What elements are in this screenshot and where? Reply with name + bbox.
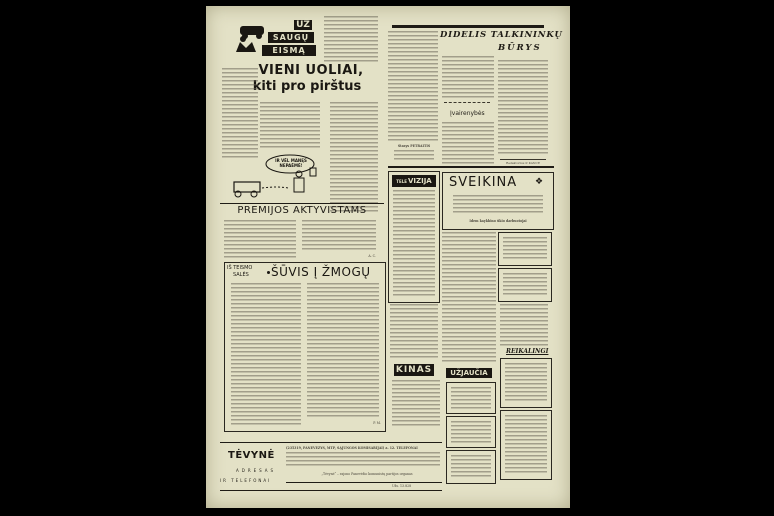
divider bbox=[220, 203, 384, 204]
court-kicker-2: SALĖS bbox=[233, 272, 249, 278]
cinema-logo: KINAS bbox=[394, 364, 434, 376]
middle-column-text bbox=[388, 31, 438, 143]
footer-rule-2 bbox=[286, 482, 442, 483]
masthead-name: TĖVYNĖ bbox=[228, 450, 275, 461]
misc-sig-notes bbox=[394, 150, 434, 160]
dashed-divider bbox=[444, 102, 490, 103]
premiums-text-b bbox=[302, 220, 376, 252]
helpers-title-1: DIDELIS TALKININKŲ bbox=[440, 30, 563, 40]
misc-title: Įvairenybės bbox=[450, 110, 485, 117]
tv-logo: TELE VIZIJA bbox=[392, 175, 436, 187]
misc-text bbox=[442, 122, 494, 164]
footer-order: Užs. 13.828 bbox=[392, 484, 432, 488]
editor-rule bbox=[500, 159, 546, 160]
court-kicker-1: IŠ TEISMO bbox=[227, 265, 252, 271]
cartoon-illustration: IR VĖL MANĘS NEPAĖMĖ! bbox=[228, 154, 320, 200]
greeting-box: SVEIKINA ❖ Idem kaykhino ūkio darbuotoja… bbox=[442, 172, 554, 230]
court-text-a bbox=[231, 283, 301, 425]
masthead-sub-2: IR TELEFONAI bbox=[220, 478, 271, 483]
court-title: ŠŪVIS Į ŽMOGŲ bbox=[271, 265, 371, 279]
footer-details bbox=[286, 452, 440, 466]
helpers-text-a bbox=[442, 56, 494, 98]
greeting-line: Idem kaykhino ūkio darbuotojai bbox=[451, 219, 545, 223]
footer-address: (235319, PANEVĖŽYS, MTP, SĄJUNGOS KOMISA… bbox=[286, 446, 440, 450]
ad-box-1 bbox=[500, 358, 552, 408]
condolence-box-1 bbox=[446, 382, 496, 414]
tv-listings-text bbox=[442, 232, 496, 362]
traffic-title-line-1: VIENI UOLIAI, bbox=[256, 63, 366, 78]
bullet-icon bbox=[267, 271, 270, 274]
traffic-article-text-d bbox=[330, 102, 378, 214]
ads-title: REIKALINGI bbox=[506, 348, 548, 355]
top-rule bbox=[392, 25, 544, 28]
traffic-article-text-a bbox=[222, 68, 258, 158]
section-rule bbox=[388, 166, 554, 168]
premiums-text-a bbox=[224, 220, 296, 258]
traffic-article-text-b bbox=[260, 102, 320, 148]
badge-line-3: EISMĄ bbox=[262, 45, 316, 56]
tv-logo-left: TELE bbox=[396, 179, 407, 184]
notice-box-2 bbox=[498, 268, 552, 302]
tv-section: TELE VIZIJA bbox=[388, 171, 440, 303]
condolence-title: UŽJAUČIA bbox=[446, 368, 492, 378]
greeting-text bbox=[453, 195, 543, 215]
newspaper-page: UŽ SAUGŲ EISMĄ VIENI UOLIAI, kiti pro pi… bbox=[206, 6, 570, 508]
condolence-box-2 bbox=[446, 416, 496, 448]
helpers-title-2: BŪRYS bbox=[498, 43, 542, 53]
badge-line-2: SAUGŲ bbox=[268, 32, 314, 43]
footer-printer: „Tėvynė“ – rajono Panevėžio komunistų pa… bbox=[302, 472, 432, 476]
traffic-safety-badge: UŽ SAUGŲ EISMĄ bbox=[232, 20, 324, 58]
premiums-signature: A. Č. bbox=[356, 254, 376, 258]
court-signature: P. M. bbox=[361, 421, 381, 425]
cartoon-caption: IR VĖL MANĘS NEPAĖMĖ! bbox=[270, 158, 312, 168]
editor-credit: Redaktorius P. KANCE bbox=[496, 161, 550, 165]
tv-schedule-text bbox=[393, 190, 435, 298]
misc-signature: Stasys PETRAITIS bbox=[390, 144, 438, 148]
traffic-article-text-c bbox=[324, 16, 378, 62]
notice-text bbox=[500, 304, 548, 348]
footer-rule-3 bbox=[220, 490, 442, 491]
condolence-box-3 bbox=[446, 450, 496, 484]
masthead-sub-1: ADRESAS bbox=[236, 468, 276, 473]
notice-box-1 bbox=[498, 232, 552, 266]
cinema-listings bbox=[392, 380, 440, 426]
ornament-icon: ❖ bbox=[535, 177, 543, 187]
ad-box-2 bbox=[500, 410, 552, 480]
tv-logo-right: VIZIJA bbox=[408, 177, 432, 185]
greeting-title: SVEIKINA bbox=[449, 175, 517, 190]
footer-rule bbox=[220, 442, 442, 443]
court-text-b bbox=[307, 283, 379, 419]
premiums-title: PREMIJOS AKTYVISTAMS bbox=[226, 205, 378, 216]
court-article: IŠ TEISMO SALĖS ŠŪVIS Į ŽMOGŲ P. M. bbox=[224, 262, 386, 432]
badge-line-1: UŽ bbox=[294, 20, 312, 30]
tv-schedule-cont bbox=[390, 304, 438, 360]
helpers-text-b bbox=[498, 60, 548, 156]
